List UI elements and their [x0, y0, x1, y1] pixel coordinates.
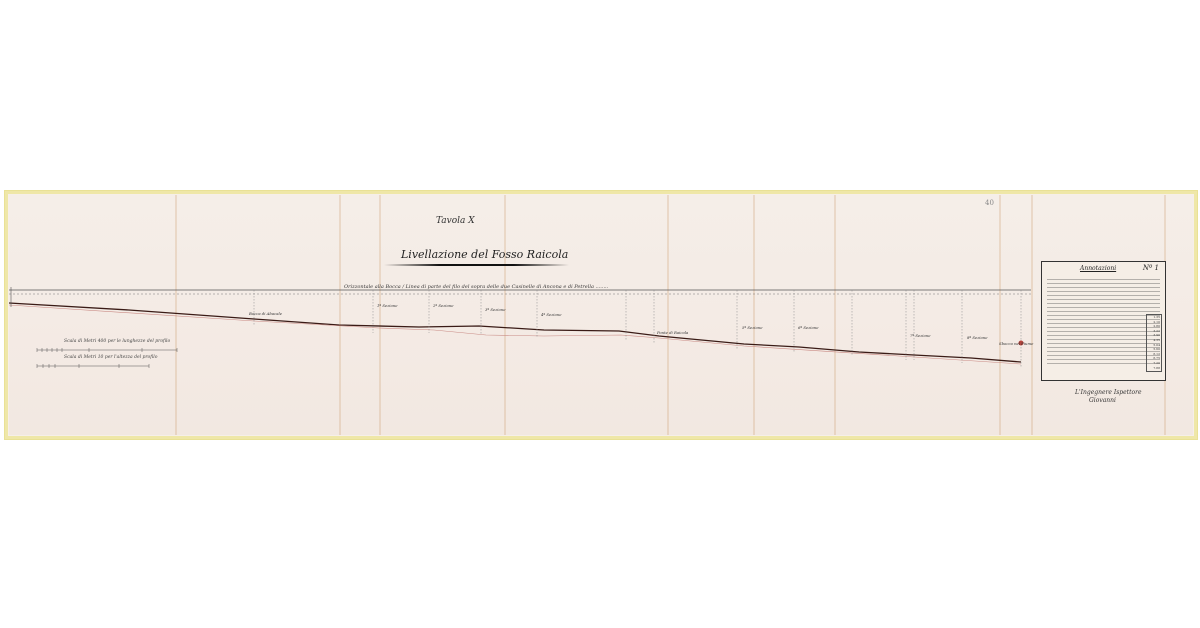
station-label: 5ª Sezione — [742, 325, 762, 330]
signature-line: Giovanni — [1075, 397, 1142, 405]
leveling-profile — [9, 195, 1193, 435]
station-label: 1ª Sezione — [377, 303, 397, 308]
station-label: Sbocco nel Fiume — [999, 341, 1033, 346]
horizontal-scale-caption: Scala di Metri 400 per le lunghezze del … — [64, 339, 170, 344]
station-label: 7ª Sezione — [910, 333, 930, 338]
annotations-title: Annotazioni — [1080, 265, 1116, 272]
station-label: 3ª Sezione — [485, 307, 505, 312]
station-label: 4ª Sezione — [541, 312, 561, 317]
annotations-text-lines — [1047, 276, 1160, 367]
annotations-box: Annotazioni Nº 1 1.35 2.10 2.80 3.22 3.9… — [1041, 261, 1166, 381]
station-label: Bocca di Abacale — [249, 311, 282, 316]
signature-line: L'Ingegnere Ispettore — [1075, 389, 1142, 397]
scanned-drawing-sheet: 40 Tavola X Livellazione del Fosso Raico… — [4, 190, 1198, 440]
annotations-number: Nº 1 — [1143, 264, 1159, 272]
paper: 40 Tavola X Livellazione del Fosso Raico… — [9, 195, 1193, 435]
value: 7.88 — [1147, 366, 1161, 371]
station-label: Ponte di Raicola — [657, 330, 688, 335]
annotations-values-column: 1.35 2.10 2.80 3.22 3.90 4.35 5.04 5.60 … — [1146, 314, 1162, 372]
station-label: 2ª Sezione — [433, 303, 453, 308]
station-label: 8ª Sezione — [967, 335, 987, 340]
station-label: 6ª Sezione — [798, 325, 818, 330]
vertical-scale-caption: Scala di Metri 10 per l'altezza del prof… — [64, 355, 157, 360]
signature: L'Ingegnere Ispettore Giovanni — [1075, 389, 1142, 405]
